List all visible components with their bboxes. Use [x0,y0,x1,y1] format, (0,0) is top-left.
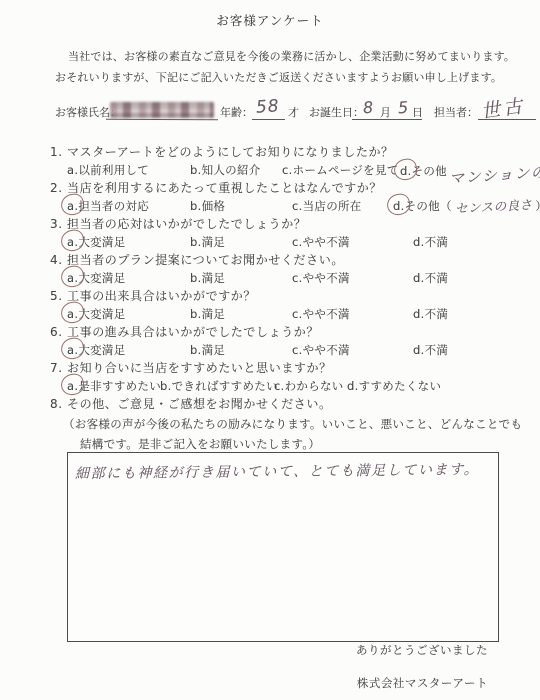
handwritten-note: センスの良さ [454,196,532,218]
question-4-text-line: 4.担当者のプラン提案についてお聞かせください。 [50,251,538,269]
birthday-underline [352,119,422,120]
option-key: c. [274,377,285,395]
question-text: マスターアートをどのようにしてお知りになりましたか？ [67,145,394,159]
option-d: d.不満 [413,341,448,359]
intro-line-2: おそれいりますが、下記にご記入いただきご返送くださいますようお願い申し上げます。 [55,69,502,85]
option-b: b.知人の紹介 [190,161,282,179]
option-d: d.不満 [413,305,448,323]
option-label: 大変満足 [78,343,125,357]
option-a: a.大変満足 [67,341,190,359]
answer-circle-mark: a. [67,341,78,359]
questions-section: 1.マスターアートをどのようにしてお知りになりましたか？a.以前利用してb.知人… [50,143,538,454]
option-label: わからない [285,379,344,393]
option-label: その他 [412,164,447,178]
option-label: 大変満足 [78,271,125,285]
option-label: やや不満 [303,271,350,285]
option-label: やや不満 [303,235,350,249]
question-6: 6.工事の進み具合はいかがでしたでしょうか？a.大変満足b.満足c.やや不満d.… [50,323,538,359]
question-5-options: a.大変満足b.満足c.やや不満d.不満 [50,305,538,323]
answer-circle-mark: a. [67,377,78,395]
question-text: 担当者のプラン提案についてお聞かせください。 [67,253,344,267]
option-b: b.満足 [190,269,292,287]
option-label: 以前利用して [78,163,149,177]
answer-circle-mark: a. [67,197,78,215]
option-label: 満足 [202,343,226,357]
question-text: 工事の進み具合はいかがでしたでしょうか？ [67,325,319,339]
option-label-suffix: ） [535,199,540,213]
option-b: b.満足 [190,341,292,359]
question-text: 担当者の応対はいかがでしたでしょうか？ [67,217,306,231]
question-number: 6. [50,323,67,341]
birthday-month-handwritten: 8 [362,98,374,118]
questions-list: 1.マスターアートをどのようにしてお知りになりましたか？a.以前利用してb.知人… [50,143,538,413]
question-text: お知り合いに当店をすすめたいと思いますか？ [67,361,332,375]
option-a: a.大変満足 [67,233,190,251]
option-key: d. [413,305,425,323]
option-label: 満足 [202,235,226,249]
option-label: 不満 [425,343,449,357]
birthday-label: お誕生日： [309,104,364,120]
age-value-handwritten: 58 [255,96,280,118]
question-5: 5.工事の出来具合はいかがですか？a.大変満足b.満足c.やや不満d.不満 [50,287,538,323]
q8-note-line-2: 結構です。是非ご記入をお願いいたします。） [80,434,538,454]
option-label: すすめたくない [359,379,442,393]
age-label: 年齢： [220,104,253,120]
option-key: c. [292,269,303,287]
option-label: 満足 [202,271,226,285]
customer-name-redacted [110,102,214,118]
option-c: c.やや不満 [292,233,413,251]
staff-label: 担当者： [434,104,478,120]
option-label: できればすすめたい [172,379,278,393]
option-label: 当店の所在 [303,199,362,213]
question-number: 2. [50,179,67,197]
option-a: a.以前利用して [67,161,190,179]
option-key: c. [292,305,303,323]
option-key: b. [190,305,202,323]
question-6-text-line: 6.工事の進み具合はいかがでしたでしょうか？ [50,323,538,341]
option-key: d. [413,269,425,287]
option-label: 是非すすめたい [78,379,161,393]
question-8-text-line: 8.その他、ご意見・ご感想をお聞かせください。 [50,395,538,413]
answer-circle-mark: d. [393,197,405,215]
option-label: 不満 [425,307,449,321]
option-c: c.ホームページを見て [282,161,400,179]
question-text: その他、ご意見・ご感想をお聞かせください。 [67,397,332,411]
age-unit: 才 [288,104,299,120]
question-7-options: a.是非すすめたいb.できればすすめたいc.わからないd.すすめたくない [50,377,538,395]
answer-circle-mark: a. [67,269,78,287]
option-label: やや不満 [303,343,350,357]
option-key: b. [190,233,202,251]
option-b: b.できればすすめたい [160,377,274,395]
survey-title: お客様アンケート [0,11,540,29]
question-4: 4.担当者のプラン提案についてお聞かせください。a.大変満足b.満足c.やや不満… [50,251,538,287]
question-1-options: a.以前利用してb.知人の紹介c.ホームページを見てd.その他マンションの改装見… [50,161,538,179]
question-4-options: a.大変満足b.満足c.やや不満d.不満 [50,269,538,287]
option-a: a.是非すすめたい [67,377,160,395]
option-label: 価格 [202,199,226,213]
question-3-options: a.大変満足b.満足c.やや不満d.不満 [50,233,538,251]
option-c: c.やや不満 [292,341,413,359]
option-key: d. [413,341,425,359]
option-label: 知人の紹介 [202,163,261,177]
birthday-day-handwritten: 5 [397,98,409,118]
birthday-day-unit: 日 [412,104,423,120]
option-key: b. [190,197,202,215]
option-key: b. [160,377,172,395]
option-a: a.担当者の対応 [67,197,190,215]
option-key: c. [292,197,303,215]
question-2-options: a.担当者の対応b.価格c.当店の所在d.その他（センスの良さ） [50,197,538,215]
question-text: 工事の出来具合はいかがですか？ [67,289,256,303]
question-6-options: a.大変満足b.満足c.やや不満d.不満 [50,341,538,359]
question-3: 3.担当者の応対はいかがでしたでしょうか？a.大変満足b.満足c.やや不満d.不… [50,215,538,251]
option-label: 大変満足 [78,307,125,321]
question-text: 当店を利用するにあたって重視したことはなんですか？ [67,181,382,195]
option-d: d.不満 [413,233,448,251]
option-label: 担当者の対応 [78,199,149,213]
question-1-text-line: 1.マスターアートをどのようにしてお知りになりましたか？ [50,143,538,161]
intro-line-1: 当社では、お客様の素直なご意見を今後の業務に活かし、企業活動に努めてまいります。 [68,48,515,64]
question-number: 5. [50,287,67,305]
option-key: a. [67,161,78,179]
option-label: 不満 [425,271,449,285]
option-a: a.大変満足 [67,305,190,323]
option-c: c.わからない [274,377,347,395]
option-b: b.満足 [190,305,292,323]
option-label: その他（ [405,199,452,213]
option-b: b.満足 [190,233,292,251]
customer-info-row: お客様氏名： 年齢： 58 才 お誕生日： 8 月 5 日 担当者： 世古 [0,100,540,128]
answer-circle-mark: a. [67,305,78,323]
q8-note-line-1: （お客様の声が今後の私たちの励みになります。いいこと、悪いこと、どんなことでも [63,414,538,434]
option-label: 大変満足 [78,235,125,249]
question-8: 8.その他、ご意見・ご感想をお聞かせください。 [50,395,538,413]
option-key: b. [190,161,202,179]
option-key: c. [292,233,303,251]
option-c: c.やや不満 [292,305,413,323]
question-number: 3. [50,215,67,233]
option-d: d.その他マンションの改装見て [400,161,540,180]
customer-name-underline [106,119,218,121]
comment-box: 細部にも神経が行き届いていて、とても満足しています。 [67,452,499,642]
option-key: c. [282,161,293,179]
question-7-text-line: 7.お知り合いに当店をすすめたいと思いますか？ [50,359,538,377]
question-number: 7. [50,359,67,377]
option-label: やや不満 [303,307,350,321]
option-label: 不満 [425,235,449,249]
age-underline [252,119,285,120]
question-1: 1.マスターアートをどのようにしてお知りになりましたか？a.以前利用してb.知人… [50,143,538,179]
option-key: b. [190,269,202,287]
option-d: d.不満 [413,269,448,287]
question-3-text-line: 3.担当者の応対はいかがでしたでしょうか？ [50,215,538,233]
option-d: d.その他（センスの良さ） [393,197,540,215]
option-key: d. [347,377,359,395]
question-number: 8. [50,395,67,413]
scanned-survey-page: お客様アンケート 当社では、お客様の素直なご意見を今後の業務に活かし、企業活動に… [0,0,540,700]
option-label: 満足 [202,307,226,321]
option-c: c.当店の所在 [292,197,393,215]
staff-underline [478,119,536,120]
option-key: d. [413,233,425,251]
option-label: ホームページを見て [293,163,399,177]
option-a: a.大変満足 [67,269,190,287]
option-d: d.すすめたくない [347,377,441,395]
answer-circle-mark: a. [67,233,78,251]
option-key: c. [292,341,303,359]
question-number: 4. [50,251,67,269]
birthday-month-unit: 月 [380,104,391,120]
company-name: 株式会社マスターアート [357,675,488,691]
option-c: c.やや不満 [292,269,413,287]
answer-circle-mark: d. [400,162,412,180]
question-7: 7.お知り合いに当店をすすめたいと思いますか？a.是非すすめたいb.できればすす… [50,359,538,395]
question-5-text-line: 5.工事の出来具合はいかがですか？ [50,287,538,305]
option-key: b. [190,341,202,359]
thanks-text: ありがとうございました [356,642,488,658]
handwritten-comment: 細部にも神経が行き届いていて、とても満足しています。 [75,460,491,484]
option-b: b.価格 [190,197,292,215]
question-number: 1. [50,143,67,161]
